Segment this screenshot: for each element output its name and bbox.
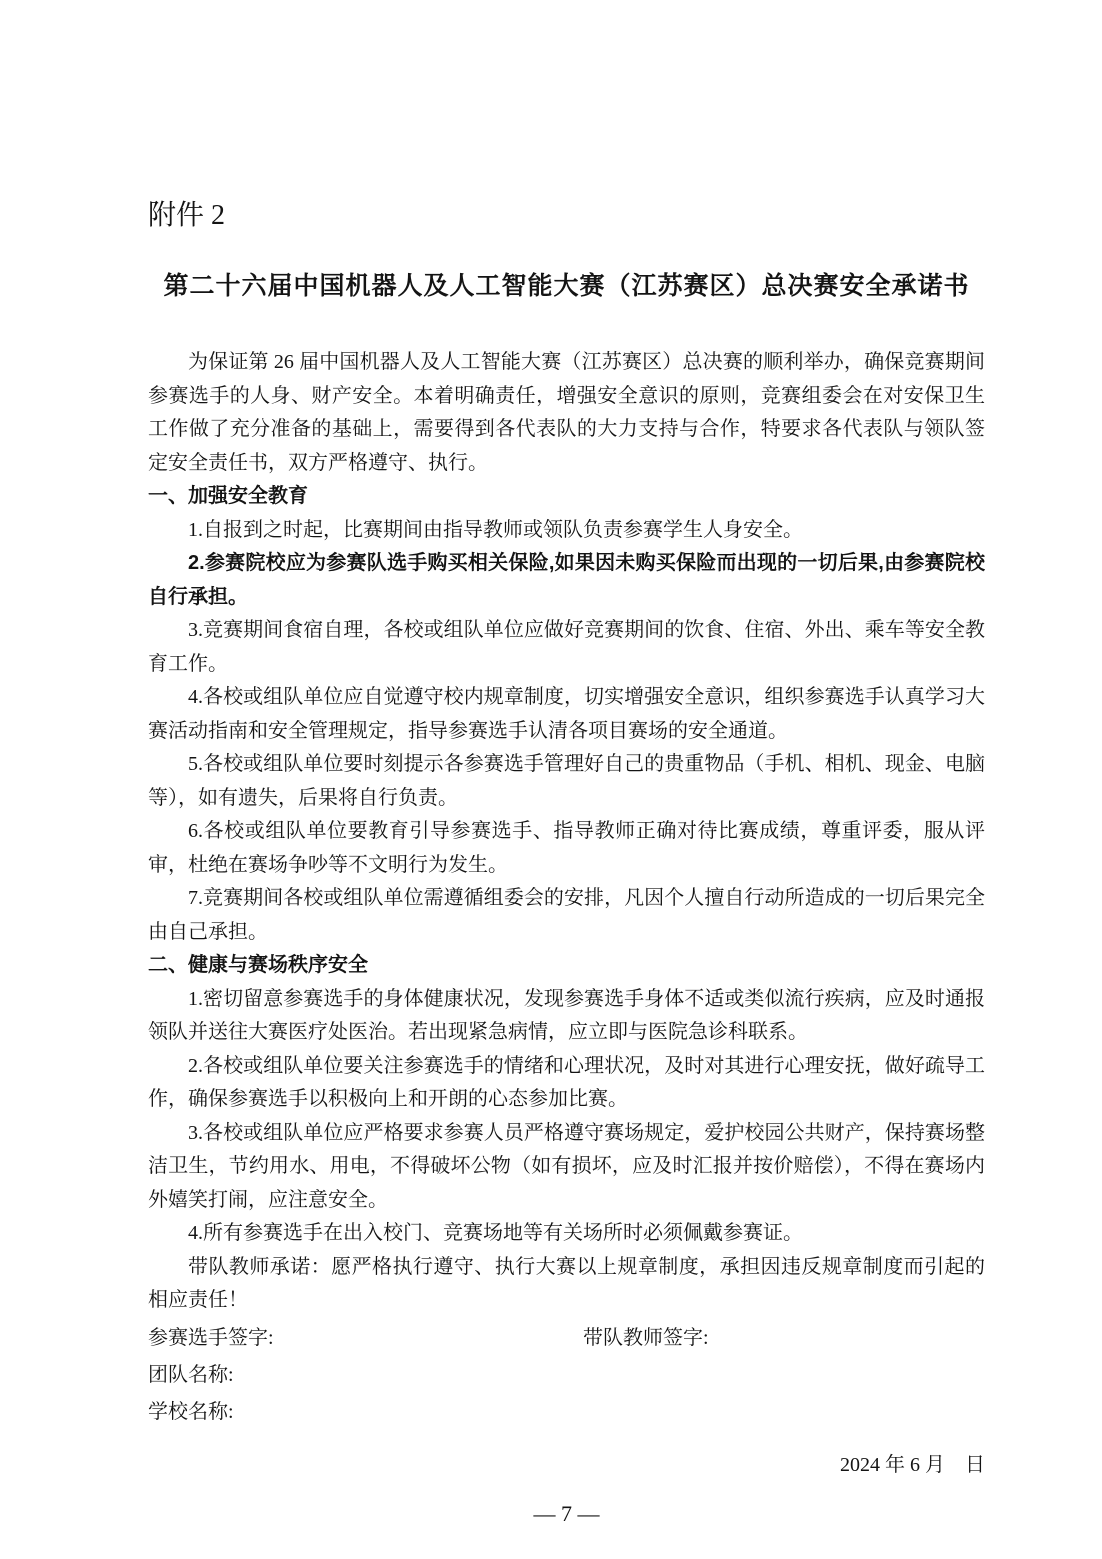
section-2-item-3: 3.各校或组队单位应严格要求参赛人员严格遵守赛场规定，爱护校园公共财产，保持赛场…: [148, 1117, 985, 1218]
document-title: 第二十六届中国机器人及人工智能大赛（江苏赛区）总决赛安全承诺书: [148, 268, 985, 304]
section-1-heading: 一、加强安全教育: [148, 480, 985, 514]
section-2-item-2: 2.各校或组队单位要关注参赛选手的情绪和心理状况，及时对其进行心理安抚，做好疏导…: [148, 1050, 985, 1117]
teacher-pledge-line: 带队教师承诺：愿严格执行遵守、执行大赛以上规章制度，承担因违反规章制度而引起的相…: [148, 1251, 985, 1318]
section-1-item-7: 7.竞赛期间各校或组队单位需遵循组委会的安排，凡因个人擅自行动所造成的一切后果完…: [148, 882, 985, 949]
page-number: — 7 —: [148, 1499, 985, 1529]
document-page: 附件 2 第二十六届中国机器人及人工智能大赛（江苏赛区）总决赛安全承诺书 为保证…: [0, 0, 1102, 1559]
section-2-item-1: 1.密切留意参赛选手的身体健康状况，发现参赛选手身体不适或类似流行疾病，应及时通…: [148, 983, 985, 1050]
contestant-signature-label: 参赛选手签字:: [148, 1327, 274, 1349]
section-1-item-3: 3.竞赛期间食宿自理，各校或组队单位应做好竞赛期间的饮食、住宿、外出、乘车等安全…: [148, 614, 985, 681]
section-1-item-2: 2.参赛院校应为参赛队选手购买相关保险,如果因未购买保险而出现的一切后果,由参赛…: [148, 547, 985, 614]
school-name-label: 学校名称:: [148, 1395, 985, 1429]
section-1-item-6: 6.各校或组队单位要教育引导参赛选手、指导教师正确对待比赛成绩，尊重评委，服从评…: [148, 815, 985, 882]
team-name-label: 团队名称:: [148, 1358, 985, 1392]
date-line: 2024 年 6 月 日: [148, 1449, 985, 1481]
section-2-item-4: 4.所有参赛选手在出入校门、竞赛场地等有关场所时必须佩戴参赛证。: [148, 1217, 985, 1251]
attachment-label: 附件 2: [148, 196, 985, 236]
section-1-item-1: 1.自报到之时起，比赛期间由指导教师或领队负责参赛学生人身安全。: [148, 514, 985, 548]
section-2-heading: 二、健康与赛场秩序安全: [148, 949, 985, 983]
section-1-item-5: 5.各校或组队单位要时刻提示各参赛选手管理好自己的贵重物品（手机、相机、现金、电…: [148, 748, 985, 815]
intro-paragraph: 为保证第 26 届中国机器人及人工智能大赛（江苏赛区）总决赛的顺利举办，确保竞赛…: [148, 346, 985, 480]
section-1-item-4: 4.各校或组队单位应自觉遵守校内规章制度，切实增强安全意识，组织参赛选手认真学习…: [148, 681, 985, 748]
teacher-signature-label: 带队教师签字:: [583, 1321, 709, 1355]
signature-row: 参赛选手签字: 带队教师签字:: [148, 1321, 985, 1355]
